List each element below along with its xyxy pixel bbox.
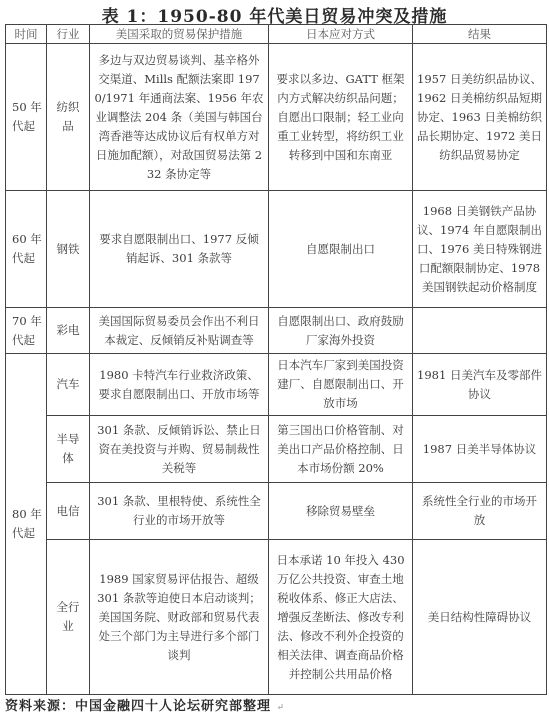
industry-cell: 汽车	[47, 354, 90, 416]
us-measures-cell: 1980 卡特汽车行业救济政策、要求自愿限制出口、开放市场等	[90, 354, 269, 416]
result-cell: 1987 日美半导体协议	[413, 416, 547, 483]
industry-cell: 纺织品	[47, 44, 90, 191]
period-cell: 50 年代起	[6, 44, 47, 191]
japan-response-cell: 第三国出口价格管制、对美出口产品价格控制、日本市场份额 20%	[269, 416, 413, 483]
us-measures-cell: 多边与双边贸易谈判、基辛格外交渠道、Mills 配额法案即 1970/1971 …	[90, 44, 269, 191]
table-row: 70 年代起 彩电 美国国际贸易委员会作出不利日本裁定、反倾销反补贴调查等 自愿…	[6, 308, 547, 354]
us-measures-cell: 301 条款、里根特使、系统性全行业的市场开放等	[90, 483, 269, 540]
us-measures-cell: 301 条款、反倾销诉讼、禁止日资在美投资与并购、贸易制裁性关税等	[90, 416, 269, 483]
industry-cell: 半导体	[47, 416, 90, 483]
header-us-measures: 美国采取的贸易保护措施	[90, 25, 269, 44]
us-measures-cell: 1989 国家贸易评估报告、超级 301 条款等迫使日本启动谈判；美国国务院、财…	[90, 540, 269, 695]
us-measures-cell: 美国国际贸易委员会作出不利日本裁定、反倾销反补贴调查等	[90, 308, 269, 354]
industry-cell: 钢铁	[47, 191, 90, 308]
table-row: 电信 301 条款、里根特使、系统性全行业的市场开放等 移除贸易壁垒 系统性全行…	[6, 483, 547, 540]
result-cell: 美日结构性障碍协议	[413, 540, 547, 695]
period-cell: 70 年代起	[6, 308, 47, 354]
header-row: 时间 行业 美国采取的贸易保护措施 日本应对方式 结果	[6, 25, 547, 44]
japan-response-cell: 自愿限制出口、政府鼓励厂家海外投资	[269, 308, 413, 354]
japan-response-cell: 移除贸易壁垒	[269, 483, 413, 540]
industry-cell: 电信	[47, 483, 90, 540]
period-cell: 80 年代起	[6, 354, 47, 695]
trade-conflict-table: 时间 行业 美国采取的贸易保护措施 日本应对方式 结果 50 年代起 纺织品 多…	[5, 24, 547, 695]
source-text: 资料来源：中国金融四十人论坛研究部整理	[5, 699, 271, 714]
result-cell: 系统性全行业的市场开放	[413, 483, 547, 540]
header-result: 结果	[413, 25, 547, 44]
source-note: 资料来源：中国金融四十人论坛研究部整理 ↵	[5, 695, 285, 714]
result-cell: 1968 日美钢铁产品协议、1974 年自愿限制出口、1976 美日特殊钢进口配…	[413, 191, 547, 308]
table-row: 全行业 1989 国家贸易评估报告、超级 301 条款等迫使日本启动谈判；美国国…	[6, 540, 547, 695]
paragraph-mark-icon: ↵	[277, 703, 286, 713]
table-row: 50 年代起 纺织品 多边与双边贸易谈判、基辛格外交渠道、Mills 配额法案即…	[6, 44, 547, 191]
header-japan-response: 日本应对方式	[269, 25, 413, 44]
us-measures-cell: 要求自愿限制出口、1977 反倾销起诉、301 条款等	[90, 191, 269, 308]
japan-response-cell: 要求以多边、GATT 框架内方式解决纺织品问题；自愿出口限制；轻工业向重工业转型…	[269, 44, 413, 191]
industry-cell: 全行业	[47, 540, 90, 695]
result-cell: 1981 日美汽车及零部件协议	[413, 354, 547, 416]
table-row: 60 年代起 钢铁 要求自愿限制出口、1977 反倾销起诉、301 条款等 自愿…	[6, 191, 547, 308]
japan-response-cell: 日本汽车厂家到美国投资建厂、自愿限制出口、开放市场	[269, 354, 413, 416]
period-cell: 60 年代起	[6, 191, 47, 308]
header-time: 时间	[6, 25, 47, 44]
table-row: 80 年代起 汽车 1980 卡特汽车行业救济政策、要求自愿限制出口、开放市场等…	[6, 354, 547, 416]
header-industry: 行业	[47, 25, 90, 44]
result-cell	[413, 308, 547, 354]
industry-cell: 彩电	[47, 308, 90, 354]
result-cell: 1957 日美纺织品协议、1962 日美棉纺织品短期协定、1963 日美棉纺织品…	[413, 44, 547, 191]
table-row: 半导体 301 条款、反倾销诉讼、禁止日资在美投资与并购、贸易制裁性关税等 第三…	[6, 416, 547, 483]
japan-response-cell: 自愿限制出口	[269, 191, 413, 308]
japan-response-cell: 日本承诺 10 年投入 430 万亿公共投资、审查土地税收体系、修正大店法、增强…	[269, 540, 413, 695]
